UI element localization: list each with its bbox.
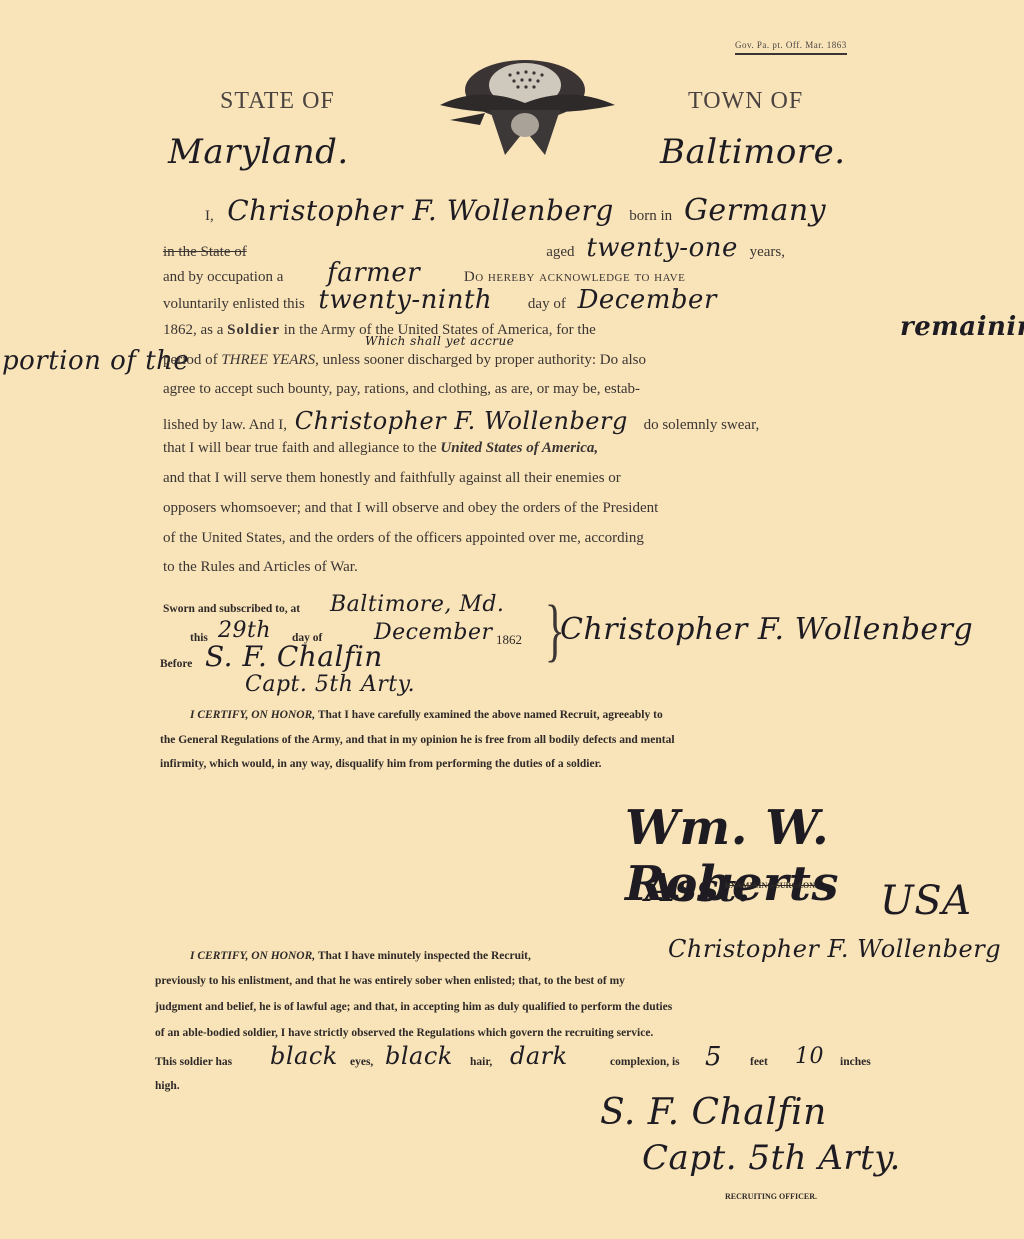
period-value: THREE YEARS: [221, 352, 315, 368]
sworn-officer-rank: Capt. 5th Arty.: [245, 672, 415, 697]
rules-line: to the Rules and Articles of War.: [163, 559, 358, 576]
height-inches: 10: [795, 1044, 824, 1069]
occupation-line: and by occupation a farmer Do hereby ack…: [163, 258, 685, 288]
occupation-value: farmer: [327, 258, 420, 288]
recruiting-officer-title: RECRUITING OFFICER.: [725, 1192, 817, 1201]
hair-label: hair,: [470, 1056, 492, 1068]
surgeon-cert-line3: infirmity, which would, in any way, disq…: [160, 758, 602, 770]
high-label: high.: [155, 1080, 180, 1092]
town-value: Baltimore.: [660, 132, 846, 172]
eyes-label: eyes,: [350, 1056, 373, 1068]
recruit-signature: Christopher F. Wollenberg: [560, 612, 973, 647]
bounty-line: agree to accept such bounty, pay, ration…: [163, 381, 640, 398]
recruiting-officer-rank: Capt. 5th Arty.: [642, 1138, 901, 1178]
birthplace: Germany: [684, 193, 826, 228]
state-value: Maryland.: [168, 132, 349, 172]
form-number: Gov. Pa. pt. Off. Mar. 1863: [735, 40, 847, 55]
recruiting-cert-line1: I CERTIFY, ON HONOR, That I have minutel…: [190, 950, 531, 962]
recruiting-officer-name: S. F. Chalfin: [600, 1092, 827, 1133]
recruiting-recruit-name: Christopher F. Wollenberg: [668, 935, 1001, 963]
oath-name: Christopher F. Wollenberg: [295, 407, 628, 435]
feet-label: feet: [750, 1056, 768, 1068]
serve-line: and that I will serve them honestly and …: [163, 470, 621, 487]
surgeon-cert-line1: I CERTIFY, ON HONOR, That I have careful…: [190, 709, 663, 721]
recruiting-cert-line2: previously to his enlistment, and that h…: [155, 975, 625, 987]
sworn-place: Baltimore, Md.: [330, 592, 504, 617]
opposers-line: opposers whomsoever; and that I will obs…: [163, 500, 658, 517]
name-line: I, Christopher F. Wollenberg born in Ger…: [205, 193, 826, 228]
surgeon-title-suffix: USA: [880, 878, 972, 924]
enlist-month: December: [578, 285, 717, 315]
sworn-year: 1862: [496, 632, 522, 648]
state-label: STATE OF: [220, 88, 335, 115]
surgeon-cert-heading: I CERTIFY, ON HONOR,: [190, 709, 315, 721]
hair-color: black: [385, 1042, 453, 1070]
inches-label: inches: [840, 1056, 871, 1068]
period-line: period of THREE YEARS, unless sooner dis…: [163, 352, 646, 369]
margin-note-left: portion of the: [2, 346, 189, 376]
surgeon-title-printed: EXAMINING SURGEON.: [725, 881, 817, 890]
height-feet: 5: [705, 1042, 722, 1072]
us-line: of the United States, and the orders of …: [163, 530, 644, 547]
oath-name-line: lished by law. And I, Christopher F. Wol…: [163, 407, 759, 435]
eagle-emblem-icon: [430, 45, 620, 165]
recruiting-cert-heading: I CERTIFY, ON HONOR,: [190, 950, 315, 962]
recruit-name: Christopher F. Wollenberg: [227, 194, 614, 227]
margin-note-right: remaining: [900, 312, 1024, 342]
sworn-label: Sworn and subscribed to, at: [163, 603, 300, 615]
complexion: dark: [510, 1042, 568, 1070]
complexion-label: complexion, is: [610, 1056, 680, 1068]
town-label: TOWN OF: [688, 88, 803, 115]
faith-line: that I will bear true faith and allegian…: [163, 440, 598, 457]
enlisted-date-line: voluntarily enlisted this twenty-ninth d…: [163, 285, 717, 315]
sworn-month: December: [374, 620, 492, 645]
eye-color: black: [270, 1042, 338, 1070]
soldier-has-label: This soldier has: [155, 1056, 232, 1068]
recruiting-cert-line3: judgment and belief, he is of lawful age…: [155, 1001, 672, 1013]
recruiting-cert-line4: of an able-bodied soldier, I have strict…: [155, 1027, 653, 1039]
interlinear-note: Which shall yet accrue: [365, 334, 514, 348]
before-label: Before: [160, 658, 192, 670]
sworn-officer-name: S. F. Chalfin: [205, 640, 383, 673]
enlist-day: twenty-ninth: [318, 285, 492, 315]
surgeon-cert-line2: the General Regulations of the Army, and…: [160, 734, 675, 746]
